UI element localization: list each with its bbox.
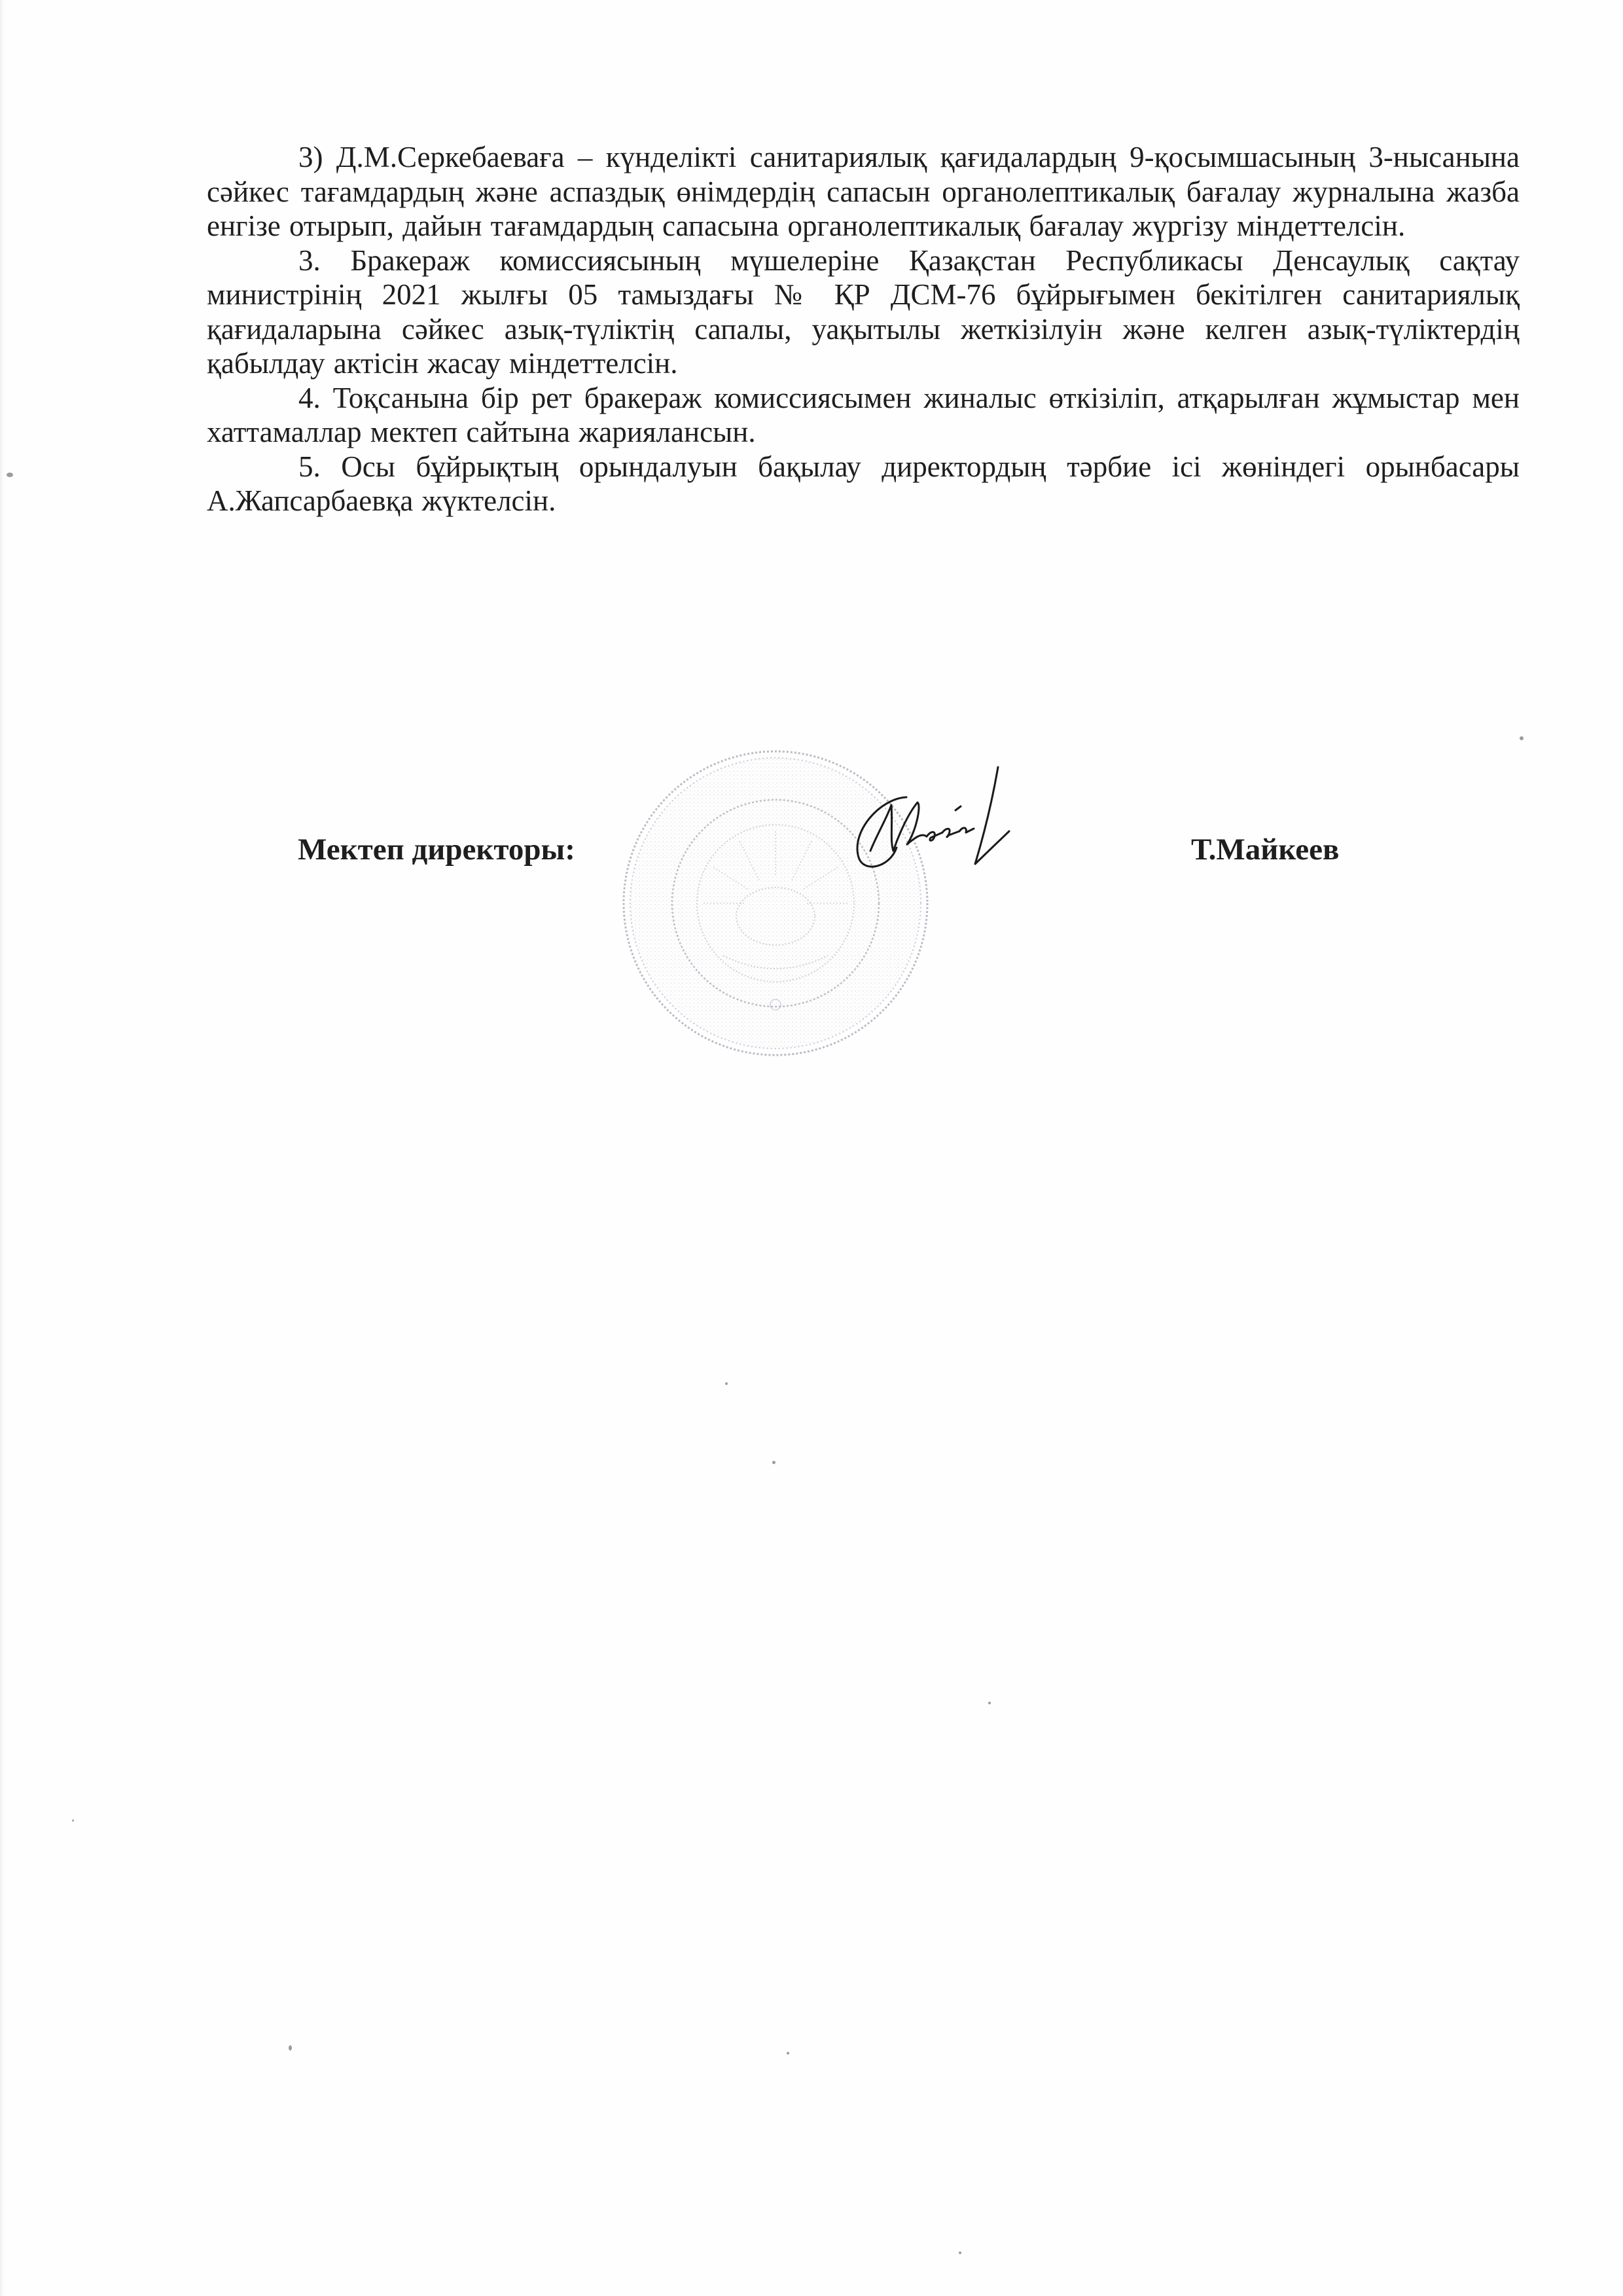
document-body: 3) Д.М.Серкебаеваға – күнделікті санитар… <box>207 140 1520 518</box>
scan-speck <box>988 1702 991 1704</box>
paragraph-item-4: 4. Тоқсанына бір рет бракераж комиссиясы… <box>207 381 1520 450</box>
scan-edge-shadow <box>0 0 4 2296</box>
scan-speck <box>772 1461 776 1464</box>
scan-speck <box>72 1820 74 1821</box>
scanned-page: 3) Д.М.Серкебаеваға – күнделікті санитар… <box>0 0 1623 2296</box>
signer-title: Мектеп директоры: <box>298 830 575 869</box>
scan-speck <box>7 473 13 477</box>
scan-speck <box>289 2045 292 2051</box>
paragraph-item-5: 5. Осы бұйрықтың орындалуын бақылау дире… <box>207 450 1520 518</box>
scan-speck <box>1520 736 1524 740</box>
paragraph-item-3: 3. Бракераж комиссиясының мүшелеріне Қаз… <box>207 243 1520 381</box>
scan-speck <box>787 2052 789 2054</box>
scan-speck <box>725 1382 728 1385</box>
signature-block: Мектеп директоры: Т.Майкеев <box>298 830 1476 876</box>
scan-speck <box>959 2251 961 2254</box>
paragraph-item-3-sub-3: 3) Д.М.Серкебаеваға – күнделікті санитар… <box>207 140 1520 243</box>
signer-name: Т.Майкеев <box>1191 830 1339 869</box>
